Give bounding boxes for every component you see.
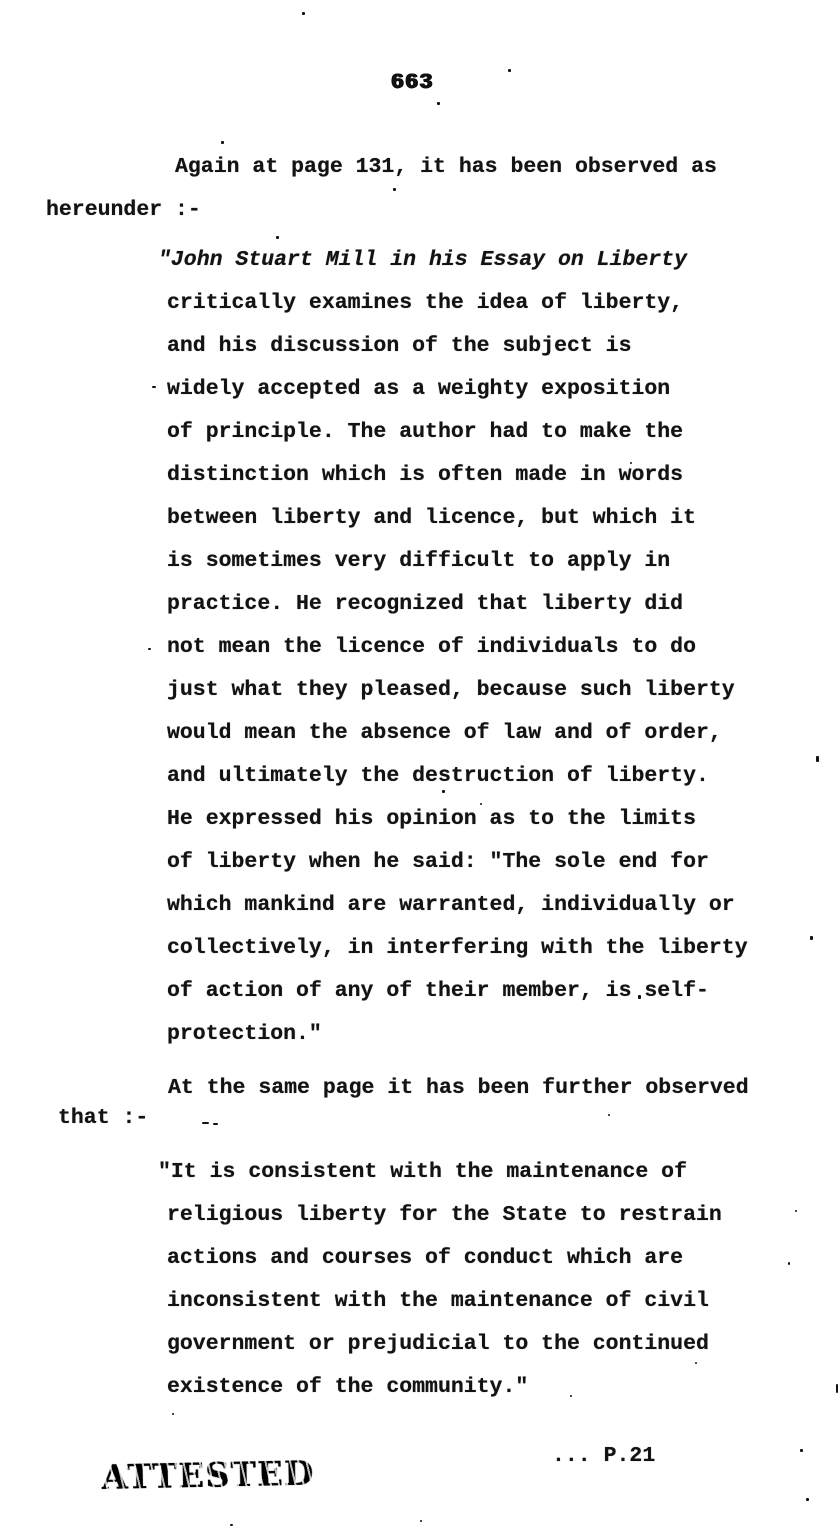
scan-speck bbox=[276, 236, 279, 239]
scan-speck bbox=[695, 1362, 697, 1364]
quote-line: actions and courses of conduct which are bbox=[167, 1237, 722, 1280]
block-quote-religious-liberty: "It is consistent with the maintenance o… bbox=[167, 1151, 722, 1409]
scan-speck bbox=[795, 1210, 797, 1212]
quote-line: distinction which is often made in words bbox=[167, 454, 748, 497]
quote-line: which mankind are warranted, individuall… bbox=[167, 884, 748, 927]
quote-line: of action of any of their member, is sel… bbox=[167, 970, 748, 1013]
quote-line: He expressed his opinion as to the limit… bbox=[167, 798, 748, 841]
quote-line: not mean the licence of individuals to d… bbox=[167, 626, 748, 669]
scan-speck bbox=[816, 756, 819, 762]
scan-speck bbox=[508, 69, 511, 72]
scan-speck bbox=[480, 803, 482, 805]
quote-line: and his discussion of the subject is bbox=[167, 325, 748, 368]
quote-line: protection." bbox=[167, 1013, 748, 1056]
scan-speck bbox=[148, 648, 151, 650]
scan-speck bbox=[302, 12, 305, 15]
scan-speck bbox=[202, 1122, 209, 1124]
quote-line: religious liberty for the State to restr… bbox=[167, 1194, 722, 1237]
scan-speck bbox=[230, 1524, 233, 1526]
quote-line: and ultimately the destruction of libert… bbox=[167, 755, 748, 798]
quote-line: between liberty and licence, but which i… bbox=[167, 497, 748, 540]
quote-line: collectively, in interfering with the li… bbox=[167, 927, 748, 970]
quote-line: is sometimes very difficult to apply in bbox=[167, 540, 748, 583]
block-quote-mill-liberty: "John Stuart Mill in his Essay on Libert… bbox=[167, 239, 748, 1056]
page-number: 663 bbox=[0, 70, 824, 96]
scan-speck bbox=[630, 462, 632, 464]
scan-speck bbox=[442, 790, 445, 793]
scan-speck bbox=[393, 188, 396, 191]
scan-speck bbox=[152, 386, 156, 388]
scan-speck bbox=[172, 1413, 174, 1415]
scan-speck bbox=[437, 102, 440, 105]
scan-speck bbox=[570, 1395, 572, 1397]
paragraph-line: that :- bbox=[58, 1097, 148, 1140]
scan-speck bbox=[638, 995, 641, 999]
scan-speck bbox=[800, 1449, 803, 1452]
scan-speck bbox=[213, 1123, 218, 1125]
quote-line: "It is consistent with the maintenance o… bbox=[167, 1151, 722, 1194]
attested-stamp: ATTESTED bbox=[101, 1457, 315, 1495]
scan-speck bbox=[221, 141, 224, 144]
quote-line: of principle. The author had to make the bbox=[167, 411, 748, 454]
scan-speck bbox=[810, 936, 813, 940]
scan-speck bbox=[788, 1262, 790, 1265]
scanned-document-page: 663 Again at page 131, it has been obser… bbox=[0, 0, 840, 1540]
scan-speck bbox=[420, 1520, 422, 1522]
quote-line: government or prejudicial to the continu… bbox=[167, 1323, 722, 1366]
paragraph-line: hereunder :- bbox=[46, 189, 201, 232]
quote-line: just what they pleased, because such lib… bbox=[167, 669, 748, 712]
quote-line: critically examines the idea of liberty, bbox=[167, 282, 748, 325]
scan-speck bbox=[806, 1498, 809, 1501]
scan-speck bbox=[836, 1384, 838, 1393]
paragraph-line: Again at page 131, it has been observed … bbox=[175, 146, 717, 189]
quote-line: widely accepted as a weighty exposition bbox=[167, 368, 748, 411]
quote-line: practice. He recognized that liberty did bbox=[167, 583, 748, 626]
quote-line: inconsistent with the maintenance of civ… bbox=[167, 1280, 722, 1323]
quote-line: existence of the community." bbox=[167, 1366, 722, 1409]
page-reference: ... P.21 bbox=[552, 1435, 655, 1478]
quote-line: would mean the absence of law and of ord… bbox=[167, 712, 748, 755]
paragraph-line: At the same page it has been further obs… bbox=[168, 1067, 749, 1110]
quote-line: of liberty when he said: "The sole end f… bbox=[167, 841, 748, 884]
quote-line: "John Stuart Mill in his Essay on Libert… bbox=[167, 239, 748, 282]
scan-speck bbox=[608, 1114, 610, 1116]
